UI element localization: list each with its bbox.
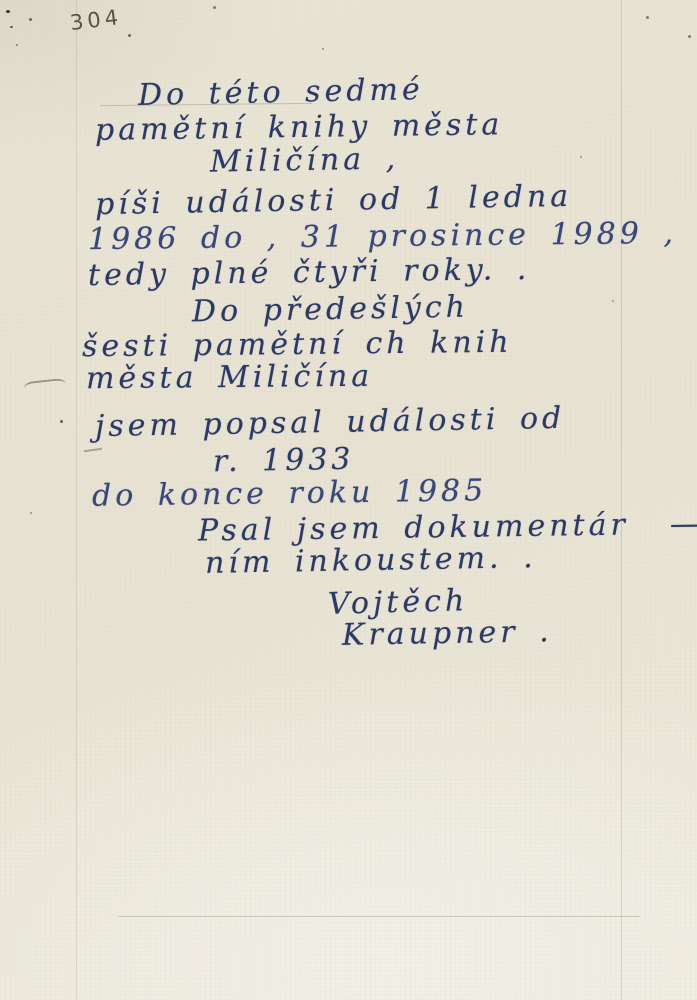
handwritten-line: města Miličína [86,359,373,397]
paper-crease-horizontal [118,916,640,917]
handwritten-line: tedy plné čtyři roky. . [88,252,531,293]
paper-speck [128,34,131,37]
pasted-slip-right-edge [621,0,622,1000]
handwritten-line: Do předešlých [192,290,470,330]
handwritten-line: Do této sedmé [138,72,424,113]
paper-speck [29,18,32,21]
paper-speck [322,48,324,50]
handwritten-line: 1986 do , 31 prosince 1989 , [88,216,677,257]
handwritten-line: píši události od 1 ledna [95,179,573,222]
page-number: 304 [69,5,124,35]
paper-speck [646,16,649,19]
handwritten-line: jsem popsal události od [95,401,566,444]
paper-speck [10,26,13,28]
paper-speck [6,10,10,13]
paper-speck [688,35,691,38]
pencil-stray-mark [23,378,66,394]
paper-speck [30,512,32,514]
paper-speck [612,300,614,302]
handwritten-line: do konce roku 1985 [92,473,488,514]
handwritten-line: r. 1933 [213,442,355,479]
pencil-stray-dash [84,448,102,452]
paper-speck [16,44,18,46]
handwritten-line: Miličína , [210,141,400,179]
signature-last-name: Kraupner . [342,614,553,653]
handwritten-line: pamětní knihy města [95,107,504,148]
handwritten-line: šesti pamětní ch knih [82,325,513,365]
paper-speck [60,420,63,423]
handwritten-line: ním inkoustem. . [205,540,537,581]
paper-speck [580,156,582,158]
chronicle-page: 304 Do této sedmé pamětní knihy města Mi… [0,0,697,1000]
pasted-slip-left-edge [76,0,77,1000]
paper-speck [213,6,216,9]
